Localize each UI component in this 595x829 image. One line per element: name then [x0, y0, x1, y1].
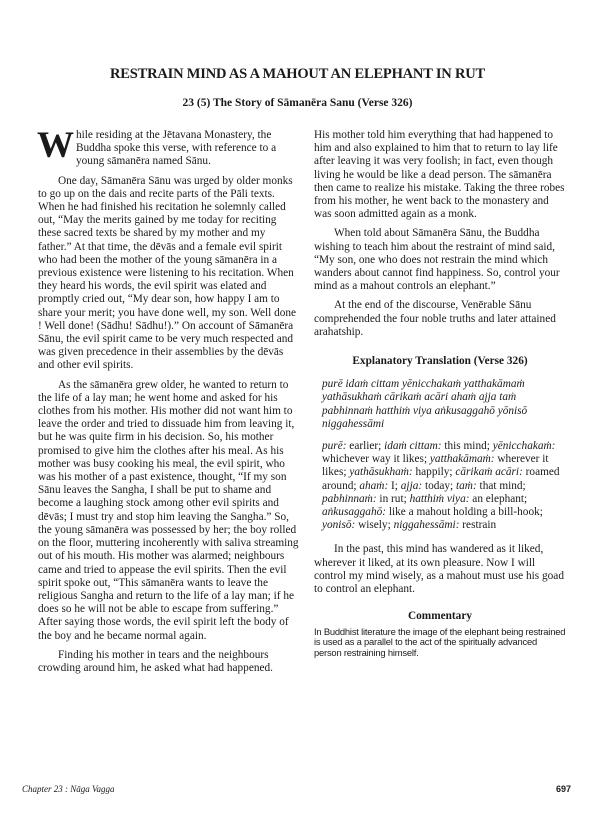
gloss-term: idaṁ cittam:: [384, 440, 441, 452]
opening-paragraph: While residing at the Jētavana Monastery…: [38, 129, 300, 169]
left-column: While residing at the Jētavana Monastery…: [38, 129, 300, 681]
paragraph: Finding his mother in tears and the neig…: [38, 649, 300, 675]
translation-heading: Explanatory Translation (Verse 326): [314, 355, 566, 368]
paragraph: One day, Sāmanēra Sānu was urged by olde…: [38, 175, 300, 373]
right-column: His mother told him everything that had …: [314, 129, 566, 659]
gloss-term: aṅkusaggahō:: [322, 506, 386, 518]
gloss-term: yatthakāmaṁ:: [430, 453, 495, 465]
pali-verse: purē idaṁ cittam yēnicchakaṁ yatthakāmaṁ…: [314, 378, 566, 431]
gloss-meaning: in rut;: [377, 493, 410, 505]
gloss-term: niggahessāmi:: [394, 519, 460, 531]
page-number: 697: [556, 784, 571, 794]
drop-cap: W: [37, 132, 74, 160]
paragraph: At the end of the discourse, Venērable S…: [314, 299, 566, 339]
gloss-meaning: restrain: [459, 519, 496, 531]
gloss-meaning: wisely;: [355, 519, 393, 531]
gloss-meaning: happily;: [413, 466, 456, 478]
gloss-meaning: I;: [388, 480, 401, 492]
commentary-heading: Commentary: [314, 610, 566, 623]
paragraph: When told about Sāmanēra Sānu, the Buddh…: [314, 227, 566, 293]
paragraph: His mother told him everything that had …: [314, 129, 566, 221]
gloss-meaning: that mind;: [477, 480, 526, 492]
story-subtitle: 23 (5) The Story of Sāmanēra Sanu (Verse…: [0, 97, 595, 109]
word-glossary: purē: earlier; idaṁ cittam: this mind; y…: [314, 440, 566, 532]
gloss-term: yēnicchakaṁ:: [493, 440, 556, 452]
gloss-term: ajja:: [401, 480, 422, 492]
gloss-term: pabhinnaṁ:: [322, 493, 377, 505]
gloss-meaning: today;: [422, 480, 456, 492]
gloss-term: taṁ:: [456, 480, 477, 492]
gloss-meaning: whichever way it likes;: [322, 453, 430, 465]
gloss-meaning: an elephant;: [469, 493, 527, 505]
paragraph: As the sāmanēra grew older, he wanted to…: [38, 379, 300, 643]
chapter-footer: Chapter 23 : Nāga Vagga: [22, 784, 115, 794]
gloss-term: yonisō:: [322, 519, 355, 531]
gloss-term: yathāsukhaṁ:: [349, 466, 412, 478]
gloss-term: purē:: [322, 440, 346, 452]
gloss-term: hatthiṁ viya:: [410, 493, 470, 505]
verse-translation: In the past, this mind has wandered as i…: [314, 543, 566, 596]
gloss-term: cārikaṁ acāri:: [455, 466, 522, 478]
gloss-term: ahaṁ:: [359, 480, 388, 492]
gloss-meaning: earlier;: [346, 440, 384, 452]
page-title: RESTRAIN MIND AS A MAHOUT AN ELEPHANT IN…: [0, 66, 595, 83]
gloss-meaning: like a mahout holding a bill-hook;: [386, 506, 543, 518]
gloss-meaning: this mind;: [442, 440, 493, 452]
commentary-text: In Buddhist literature the image of the …: [314, 627, 566, 659]
